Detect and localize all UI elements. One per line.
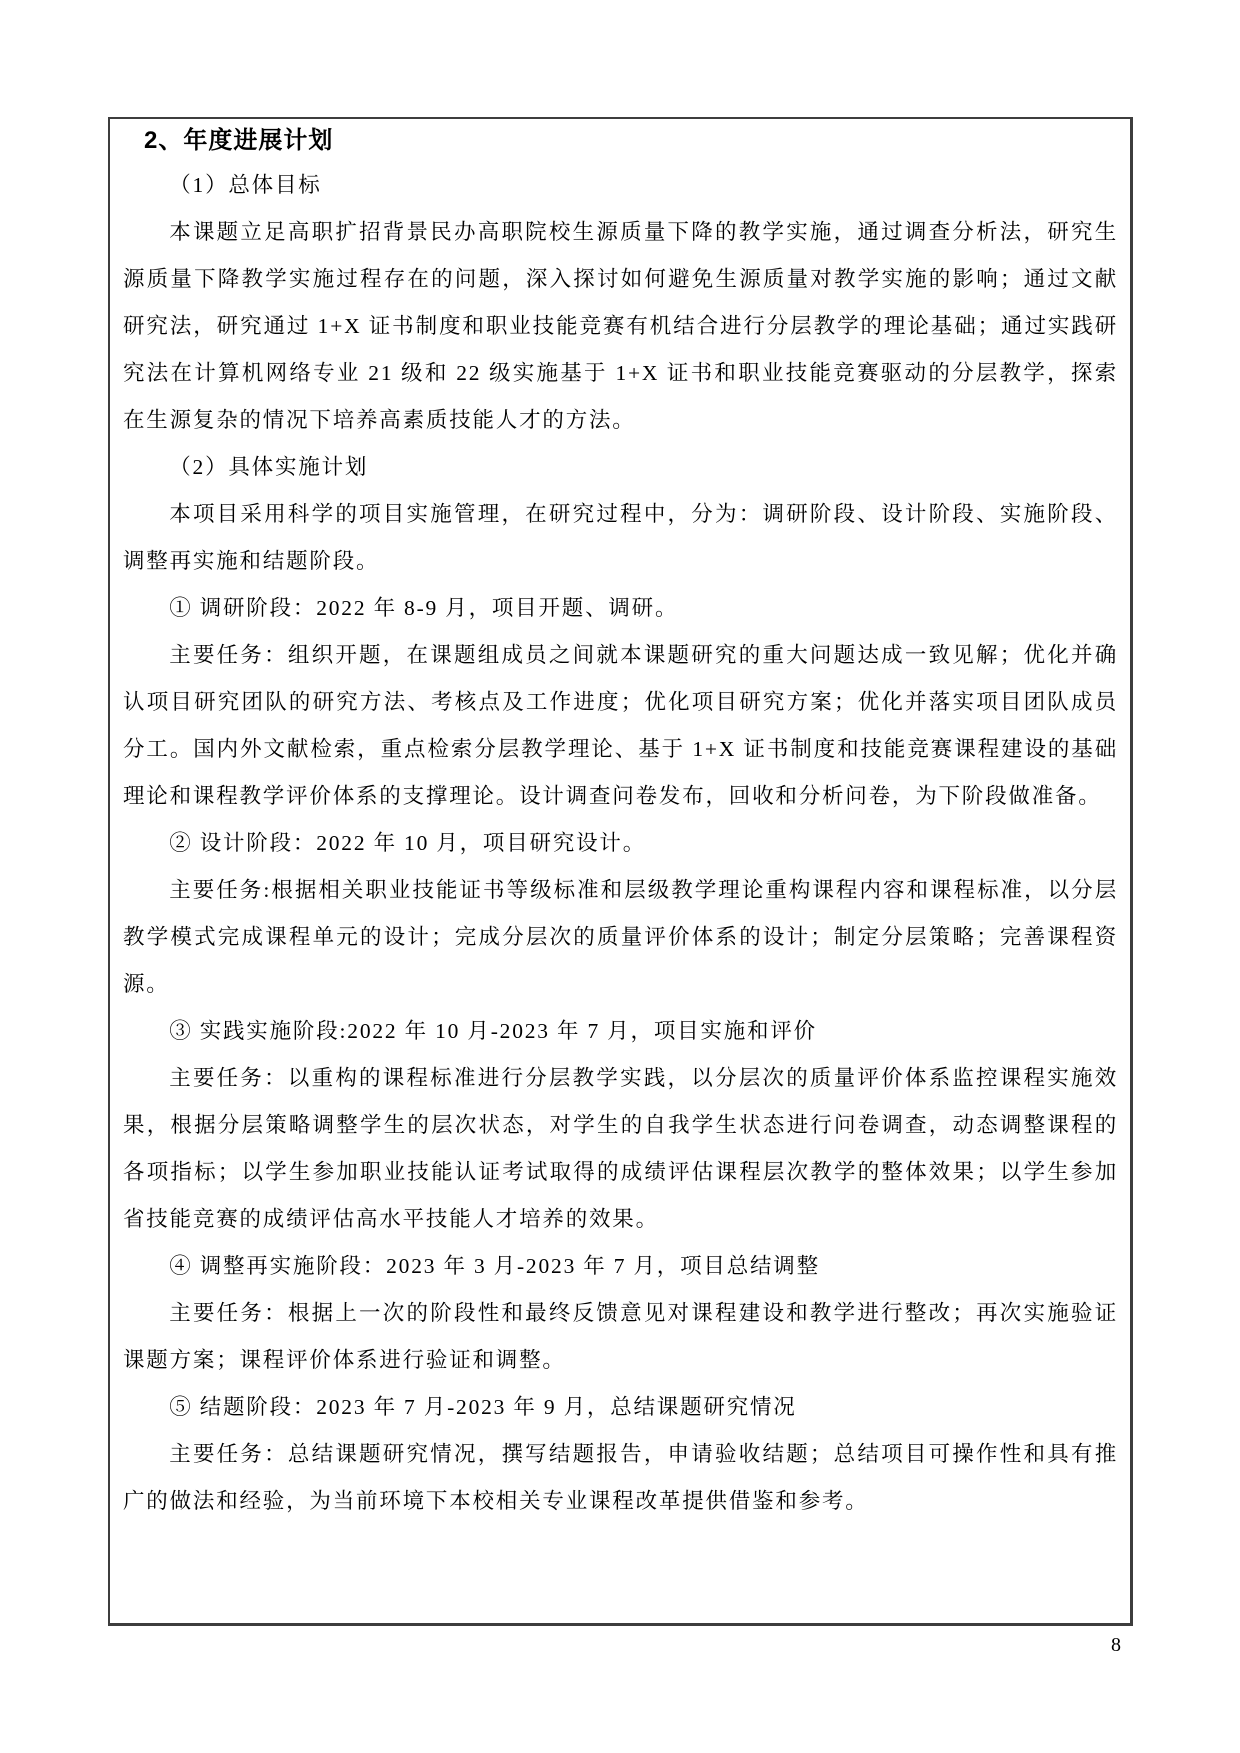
para-overall-goal: 本课题立足高职扩招背景民办高职院校生源质量下降的教学实施，通过调查分析法，研究生… [123,209,1118,444]
stage-4-adjust-heading: ④ 调整再实施阶段：2023 年 3 月-2023 年 7 月，项目总结调整 [123,1243,1118,1290]
stage-3-practice-heading: ③ 实践实施阶段:2022 年 10 月-2023 年 7 月，项目实施和评价 [123,1008,1118,1055]
stage-5-tasks: 主要任务：总结课题研究情况，撰写结题报告，申请验收结题；总结项目可操作性和具有推… [123,1431,1118,1525]
stage-1-research-heading: ① 调研阶段：2022 年 8-9 月，项目开题、调研。 [123,585,1118,632]
content-cell: 2、年度进展计划 （1）总体目标 本课题立足高职扩招背景民办高职院校生源质量下降… [108,117,1133,1626]
subheading-implementation-plan: （2）具体实施计划 [123,444,1118,491]
section-title: 2、年度进展计划 [123,120,1118,162]
page: 2、年度进展计划 （1）总体目标 本课题立足高职扩招背景民办高职院校生源质量下降… [0,0,1240,1753]
stage-2-design-heading: ② 设计阶段：2022 年 10 月，项目研究设计。 [123,820,1118,867]
stage-2-tasks: 主要任务:根据相关职业技能证书等级标准和层级教学理论重构课程内容和课程标准，以分… [123,867,1118,1008]
stage-5-conclusion-heading: ⑤ 结题阶段：2023 年 7 月-2023 年 9 月，总结课题研究情况 [123,1384,1118,1431]
stage-4-tasks: 主要任务：根据上一次的阶段性和最终反馈意见对课程建设和教学进行整改；再次实施验证… [123,1290,1118,1384]
para-implementation-overview: 本项目采用科学的项目实施管理，在研究过程中，分为：调研阶段、设计阶段、实施阶段、… [123,491,1118,585]
stage-1-tasks: 主要任务：组织开题，在课题组成员之间就本课题研究的重大问题达成一致见解；优化并确… [123,632,1118,820]
subheading-overall-goal: （1）总体目标 [123,162,1118,209]
page-number: 8 [108,1632,1121,1658]
stage-3-tasks: 主要任务：以重构的课程标准进行分层教学实践，以分层次的质量评价体系监控课程实施效… [123,1055,1118,1243]
